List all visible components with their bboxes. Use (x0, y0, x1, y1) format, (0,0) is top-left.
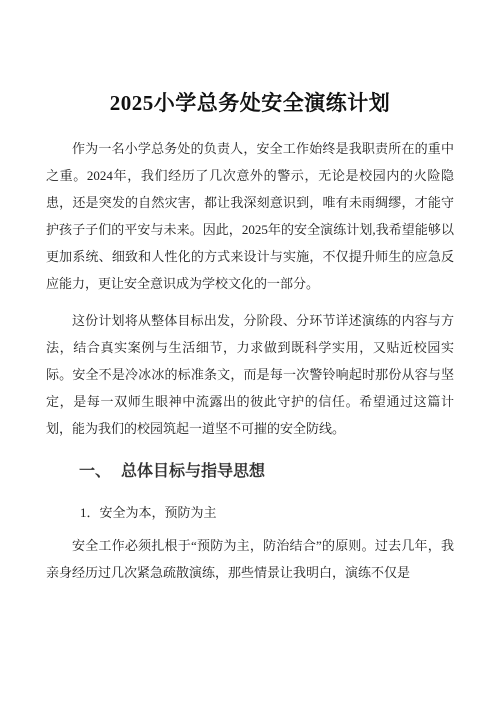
section-number: 一、 (79, 463, 111, 480)
subsection-heading: 1．安全为本，预防为主 (46, 499, 454, 526)
section-heading: 一、总体目标与指导思想 (46, 459, 454, 485)
section-title: 总体目标与指导思想 (121, 463, 265, 480)
section-body-paragraph: 安全工作必须扎根于“预防为主，防治结合”的原则。过去几年，我亲身经历过几次紧急疏… (46, 532, 454, 586)
document-page: 2025小学总务处安全演练计划 作为一名小学总务处的负责人，安全工作始终是我职责… (0, 0, 500, 707)
intro-paragraph-1: 作为一名小学总务处的负责人，安全工作始终是我职责所在的重中之重。2024年，我们… (46, 135, 454, 297)
document-title: 2025小学总务处安全演练计划 (46, 88, 454, 118)
intro-paragraph-2: 这份计划将从整体目标出发，分阶段、分环节详述演练的内容与方法，结合真实案例与生活… (46, 307, 454, 442)
